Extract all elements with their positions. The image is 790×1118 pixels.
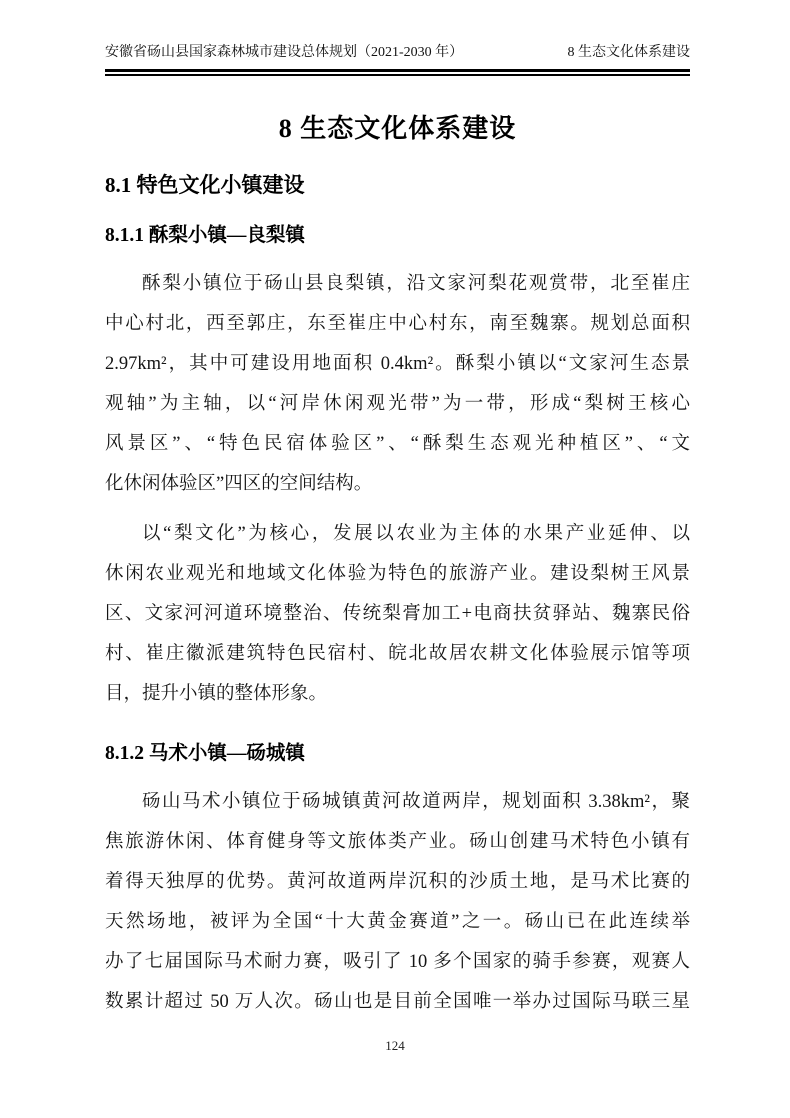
paragraph-line: 办了七届国际马术耐力赛，吸引了 10 多个国家的骑手参赛，观赛人 bbox=[105, 942, 690, 982]
paragraph-line: 风景区”、“特色民宿体验区”、“酥梨生态观光种植区”、“文 bbox=[105, 424, 690, 464]
chapter-title: 8 生态文化体系建设 bbox=[105, 110, 690, 148]
header-rule-thin-line bbox=[105, 74, 690, 76]
paragraph-line: 区、文家河河道环境整治、传统梨膏加工+电商扶贫驿站、魏寨民俗 bbox=[105, 594, 690, 634]
paragraph-line: 以“梨文化”为核心，发展以农业为主体的水果产业延伸、以 bbox=[105, 514, 690, 554]
header-left-title: 安徽省砀山县国家森林城市建设总体规划（2021-2030 年） bbox=[105, 44, 463, 62]
paragraph-line: 砀山马术小镇位于砀城镇黄河故道两岸，规划面积 3.38km²，聚 bbox=[105, 782, 690, 822]
paragraph-suli-1: 酥梨小镇位于砀山县良梨镇，沿文家河梨花观赏带，北至崔庄中心村北，西至郭庄，东至崔… bbox=[105, 264, 690, 504]
subsection-title-2: 8.1.2 马术小镇—砀城镇 bbox=[105, 740, 690, 768]
paragraph-line: 化休闲体验区”四区的空间结构。 bbox=[105, 464, 690, 504]
paragraph-suli-2: 以“梨文化”为核心，发展以农业为主体的水果产业延伸、以休闲农业观光和地域文化体验… bbox=[105, 514, 690, 714]
subsection-title-1: 8.1.1 酥梨小镇—良梨镇 bbox=[105, 222, 690, 250]
paragraph-line: 天然场地，被评为全国“十大黄金赛道”之一。砀山已在此连续举 bbox=[105, 902, 690, 942]
paragraph-line: 村、崔庄徽派建筑特色民宿村、皖北故居农耕文化体验展示馆等项 bbox=[105, 634, 690, 674]
paragraph-mashu-1: 砀山马术小镇位于砀城镇黄河故道两岸，规划面积 3.38km²，聚焦旅游休闲、体育… bbox=[105, 782, 690, 1022]
section-title: 8.1 特色文化小镇建设 bbox=[105, 170, 690, 200]
document-page: 安徽省砀山县国家森林城市建设总体规划（2021-2030 年） 8 生态文化体系… bbox=[0, 0, 790, 1118]
header-right-title: 8 生态文化体系建设 bbox=[568, 44, 691, 62]
paragraph-line: 2.97km²，其中可建设用地面积 0.4km²。酥梨小镇以“文家河生态景 bbox=[105, 344, 690, 384]
paragraph-line: 酥梨小镇位于砀山县良梨镇，沿文家河梨花观赏带，北至崔庄 bbox=[105, 264, 690, 304]
page-header: 安徽省砀山县国家森林城市建设总体规划（2021-2030 年） 8 生态文化体系… bbox=[105, 44, 690, 62]
paragraph-line: 目，提升小镇的整体形象。 bbox=[105, 674, 690, 714]
page-number: 124 bbox=[0, 1036, 790, 1056]
paragraph-line: 中心村北，西至郭庄，东至崔庄中心村东，南至魏寨。规划总面积 bbox=[105, 304, 690, 344]
paragraph-line: 着得天独厚的优势。黄河故道两岸沉积的沙质土地，是马术比赛的 bbox=[105, 862, 690, 902]
paragraph-line: 数累计超过 50 万人次。砀山也是目前全国唯一举办过国际马联三星 bbox=[105, 982, 690, 1022]
header-rule bbox=[105, 69, 690, 76]
paragraph-line: 休闲农业观光和地域文化体验为特色的旅游产业。建设梨树王风景 bbox=[105, 554, 690, 594]
paragraph-line: 观轴”为主轴，以“河岸休闲观光带”为一带，形成“梨树王核心 bbox=[105, 384, 690, 424]
paragraph-line: 焦旅游休闲、体育健身等文旅体类产业。砀山创建马术特色小镇有 bbox=[105, 822, 690, 862]
